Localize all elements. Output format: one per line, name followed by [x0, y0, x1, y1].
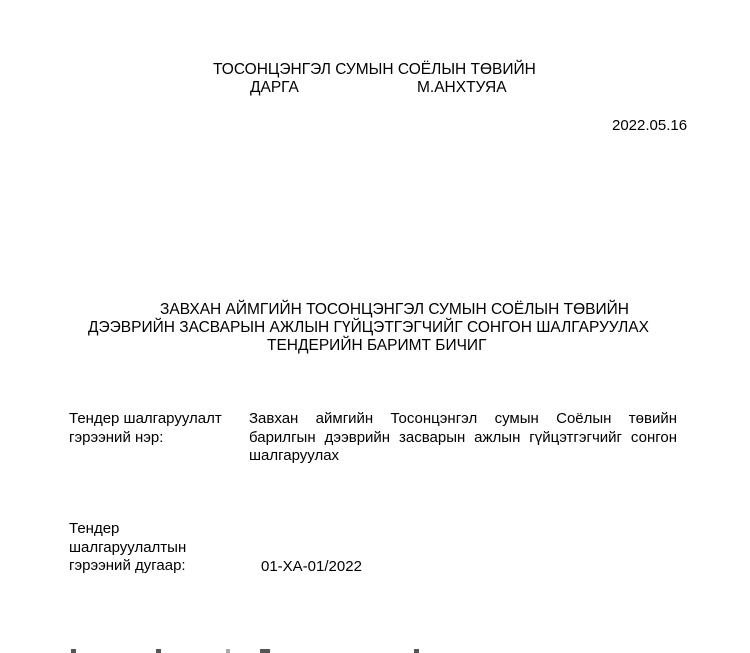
cropped-text-fragment — [260, 649, 270, 653]
title-line-3: ТЕНДЕРИЙН БАРИМТ БИЧИГ — [267, 337, 486, 355]
header-name: М.АНХТУЯА — [417, 79, 507, 97]
header-position: ДАРГА — [250, 79, 299, 97]
title-line-1: ЗАВХАН АЙМГИЙН ТОСОНЦЭНГЭЛ СУМЫН СОЁЛЫН … — [160, 301, 629, 319]
cropped-text-fragment — [226, 649, 230, 653]
cropped-text-fragment — [414, 649, 419, 653]
field-label-contract-name: Тендер шалгаруулалт гэрээний нэр: — [69, 410, 229, 447]
field-value-contract-name: Завхан аймгийн Тосонцэнгэл сумын Соёлын … — [249, 410, 677, 466]
field-value-contract-number: 01-ХА-01/2022 — [261, 558, 362, 575]
header-organization: ТОСОНЦЭНГЭЛ СУМЫН СОЁЛЫН ТӨВИЙН — [213, 61, 536, 79]
field-label-contract-number: Тендер шалгаруулалтын гэрээний дугаар: — [69, 520, 239, 576]
cropped-text-fragment — [156, 649, 161, 653]
document-date: 2022.05.16 — [612, 117, 687, 134]
cropped-text-fragment — [71, 649, 76, 653]
title-line-2: ДЭЭВРИЙН ЗАСВАРЫН АЖЛЫН ГҮЙЦЭТГЭГЧИЙГ СО… — [88, 319, 649, 337]
